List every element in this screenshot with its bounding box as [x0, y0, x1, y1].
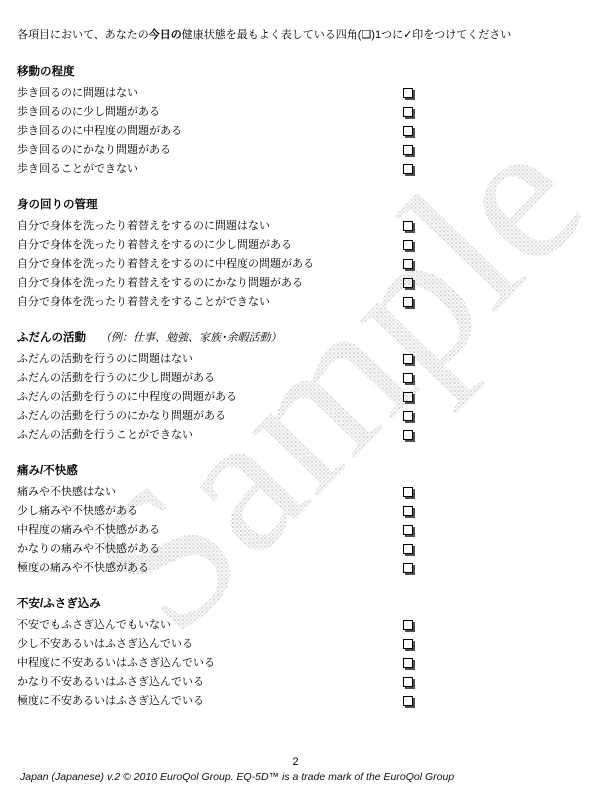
- option-label: 少し痛みや不快感がある: [17, 505, 138, 517]
- option-row: 少し痛みや不快感がある: [17, 502, 572, 521]
- page-number: 2: [0, 756, 591, 769]
- section-header: ふだんの活動（例：仕事、勉強、家族･余暇活動）: [17, 329, 572, 348]
- section-note: （例：仕事、勉強、家族･余暇活動）: [100, 332, 282, 344]
- checkbox[interactable]: [403, 411, 413, 421]
- section-self-care: 身の回りの管理 自分で身体を洗ったり着替えをするのに問題はない 自分で身体を洗っ…: [17, 196, 572, 312]
- checkbox[interactable]: [403, 430, 413, 440]
- option-label: ふだんの活動を行うことができない: [17, 429, 193, 441]
- checkbox[interactable]: [403, 506, 413, 516]
- option-label: 自分で身体を洗ったり着替えをするのに少し問題がある: [17, 239, 292, 251]
- checkbox[interactable]: [403, 259, 413, 269]
- option-row: 自分で身体を洗ったり着替えをするのに中程度の問題がある: [17, 255, 572, 274]
- checkbox[interactable]: [403, 658, 413, 668]
- option-row: ふだんの活動を行うのに少し問題がある: [17, 369, 572, 388]
- section-title: 移動の程度: [17, 66, 75, 78]
- option-label: ふだんの活動を行うのに中程度の問題がある: [17, 391, 237, 403]
- option-row: 極度の痛みや不快感がある: [17, 559, 572, 578]
- checkbox[interactable]: [403, 544, 413, 554]
- option-label: 歩き回ることができない: [17, 163, 138, 175]
- option-label: 歩き回るのに中程度の問題がある: [17, 125, 182, 137]
- instruction-emphasis: 今日の: [149, 29, 182, 41]
- page-footer: 2 Japan (Japanese) v.2 © 2010 EuroQol Gr…: [0, 756, 591, 783]
- section-header: 不安/ふさぎ込み: [17, 595, 572, 614]
- section-title: ふだんの活動: [17, 332, 86, 344]
- instruction-lead: 各項目において、あなたの: [17, 29, 149, 41]
- checkbox[interactable]: [403, 392, 413, 402]
- option-row: 自分で身体を洗ったり着替えをすることができない: [17, 293, 572, 312]
- option-row: 中程度の痛みや不快感がある: [17, 521, 572, 540]
- option-label: 中程度に不安あるいはふさぎ込んでいる: [17, 657, 215, 669]
- section-header: 痛み/不快感: [17, 462, 572, 481]
- option-label: 極度に不安あるいはふさぎ込んでいる: [17, 695, 204, 707]
- option-label: かなりの痛みや不快感がある: [17, 543, 160, 555]
- copyright-text: Japan (Japanese) v.2 © 2010 EuroQol Grou…: [0, 771, 591, 783]
- option-row: 痛みや不快感はない: [17, 483, 572, 502]
- section-anxiety-depression: 不安/ふさぎ込み 不安でもふさぎ込んでもいない 少し不安あるいはふさぎ込んでいる…: [17, 595, 572, 711]
- checkbox[interactable]: [403, 696, 413, 706]
- option-label: 歩き回るのに少し問題がある: [17, 106, 160, 118]
- checkbox[interactable]: [403, 126, 413, 136]
- checkbox[interactable]: [403, 88, 413, 98]
- option-label: 痛みや不快感はない: [17, 486, 116, 498]
- option-row: かなり不安あるいはふさぎ込んでいる: [17, 673, 572, 692]
- checkbox[interactable]: [403, 525, 413, 535]
- section-title: 身の回りの管理: [17, 199, 98, 211]
- option-label: 中程度の痛みや不快感がある: [17, 524, 160, 536]
- option-label: 少し不安あるいはふさぎ込んでいる: [17, 638, 193, 650]
- option-row: 歩き回るのに少し問題がある: [17, 103, 572, 122]
- checkbox[interactable]: [403, 677, 413, 687]
- instruction-tail: 健康状態を最もよく表している四角(❑)1つに✓印をつけてください: [182, 29, 512, 41]
- section-mobility: 移動の程度 歩き回るのに問題はない 歩き回るのに少し問題がある 歩き回るのに中程…: [17, 63, 572, 179]
- option-label: 歩き回るのに問題はない: [17, 87, 138, 99]
- option-row: 不安でもふさぎ込んでもいない: [17, 616, 572, 635]
- option-row: 歩き回るのに中程度の問題がある: [17, 122, 572, 141]
- option-row: 極度に不安あるいはふさぎ込んでいる: [17, 692, 572, 711]
- option-row: 歩き回ることができない: [17, 160, 572, 179]
- section-title: 不安/ふさぎ込み: [17, 598, 101, 610]
- option-label: 自分で身体を洗ったり着替えをするのに問題はない: [17, 220, 270, 232]
- option-row: 歩き回るのにかなり問題がある: [17, 141, 572, 160]
- option-row: ふだんの活動を行うことができない: [17, 426, 572, 445]
- option-row: 中程度に不安あるいはふさぎ込んでいる: [17, 654, 572, 673]
- checkbox[interactable]: [403, 240, 413, 250]
- option-row: 自分で身体を洗ったり着替えをするのにかなり問題がある: [17, 274, 572, 293]
- checkbox[interactable]: [403, 620, 413, 630]
- option-row: 自分で身体を洗ったり着替えをするのに少し問題がある: [17, 236, 572, 255]
- checkbox[interactable]: [403, 563, 413, 573]
- checkbox[interactable]: [403, 221, 413, 231]
- checkbox[interactable]: [403, 164, 413, 174]
- option-label: ふだんの活動を行うのにかなり問題がある: [17, 410, 226, 422]
- option-label: ふだんの活動を行うのに問題はない: [17, 353, 193, 365]
- option-row: ふだんの活動を行うのにかなり問題がある: [17, 407, 572, 426]
- option-row: 少し不安あるいはふさぎ込んでいる: [17, 635, 572, 654]
- section-usual-activities: ふだんの活動（例：仕事、勉強、家族･余暇活動） ふだんの活動を行うのに問題はない…: [17, 329, 572, 445]
- instruction-text: 各項目において、あなたの今日の健康状態を最もよく表している四角(❑)1つに✓印を…: [17, 28, 572, 42]
- questionnaire-content: 各項目において、あなたの今日の健康状態を最もよく表している四角(❑)1つに✓印を…: [17, 28, 572, 728]
- section-title: 痛み/不快感: [17, 465, 78, 477]
- option-label: 自分で身体を洗ったり着替えをすることができない: [17, 296, 270, 308]
- option-label: かなり不安あるいはふさぎ込んでいる: [17, 676, 204, 688]
- option-label: 自分で身体を洗ったり着替えをするのにかなり問題がある: [17, 277, 303, 289]
- section-header: 身の回りの管理: [17, 196, 572, 215]
- option-label: 極度の痛みや不快感がある: [17, 562, 149, 574]
- option-label: 歩き回るのにかなり問題がある: [17, 144, 171, 156]
- checkbox[interactable]: [403, 639, 413, 649]
- checkbox[interactable]: [403, 487, 413, 497]
- option-label: 不安でもふさぎ込んでもいない: [17, 619, 171, 631]
- option-row: かなりの痛みや不快感がある: [17, 540, 572, 559]
- checkbox[interactable]: [403, 145, 413, 155]
- option-row: 歩き回るのに問題はない: [17, 84, 572, 103]
- checkbox[interactable]: [403, 297, 413, 307]
- checkbox[interactable]: [403, 354, 413, 364]
- option-row: ふだんの活動を行うのに問題はない: [17, 350, 572, 369]
- section-header: 移動の程度: [17, 63, 572, 82]
- section-pain-discomfort: 痛み/不快感 痛みや不快感はない 少し痛みや不快感がある 中程度の痛みや不快感が…: [17, 462, 572, 578]
- option-row: 自分で身体を洗ったり着替えをするのに問題はない: [17, 217, 572, 236]
- checkbox[interactable]: [403, 107, 413, 117]
- checkbox[interactable]: [403, 278, 413, 288]
- checkbox[interactable]: [403, 373, 413, 383]
- option-row: ふだんの活動を行うのに中程度の問題がある: [17, 388, 572, 407]
- option-label: ふだんの活動を行うのに少し問題がある: [17, 372, 215, 384]
- option-label: 自分で身体を洗ったり着替えをするのに中程度の問題がある: [17, 258, 314, 270]
